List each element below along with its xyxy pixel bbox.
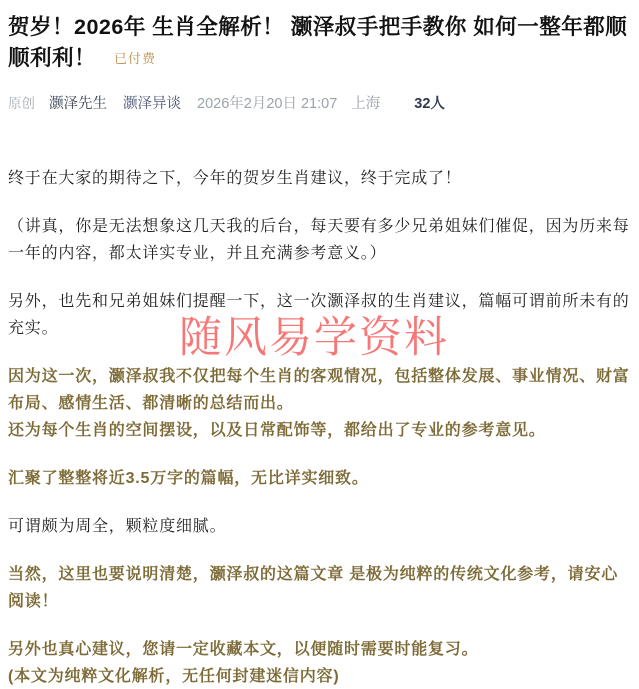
article-paragraph: 可谓颇为周全，颗粒度细腻。 — [8, 513, 631, 540]
article-title: 贺岁！2026年 生肖全解析！ 灏泽叔手把手教你 如何一整年都顺顺利利！已付费 — [8, 12, 631, 74]
article-paragraph: 另外，也先和兄弟姐妹们提醒一下，这一次灏泽叔的生肖建议，篇幅可谓前所未有的充实。 — [8, 288, 631, 342]
original-tag: 原创 — [8, 94, 35, 114]
article-paragraph: 汇聚了整整将近3.5万字的篇幅，无比详实细致。 — [8, 465, 631, 492]
article-paragraph: 因为这一次，灏泽叔我不仅把每个生肖的客观情况，包括整体发展、事业情况、财富布局、… — [8, 363, 631, 444]
readers-count[interactable]: 32人 — [414, 94, 445, 114]
article-page: 贺岁！2026年 生肖全解析！ 灏泽叔手把手教你 如何一整年都顺顺利利！已付费 … — [0, 0, 639, 689]
article-paragraph: 终于在大家的期待之下，今年的贺岁生肖建议，终于完成了！ — [8, 165, 631, 192]
article-paragraph: （讲真，你是无法想象这几天我的后台，每天要有多少兄弟姐妹们催促，因为历来每一年的… — [8, 213, 631, 267]
article-content: 终于在大家的期待之下，今年的贺岁生肖建议，终于完成了！ （讲真，你是无法想象这几… — [8, 165, 631, 689]
author-link[interactable]: 灏泽先生 — [49, 94, 107, 114]
byline: 原创 灏泽先生 灏泽异谈 2026年2月20日 21:07 上海 32人 — [8, 94, 631, 114]
account-link[interactable]: 灏泽异谈 — [123, 94, 181, 114]
paid-badge[interactable]: 已付费 — [114, 43, 156, 74]
article-title-text: 贺岁！2026年 生肖全解析！ 灏泽叔手把手教你 如何一整年都顺顺利利！ — [8, 15, 627, 70]
article-paragraph: 当然，这里也要说明清楚，灏泽叔的这篇文章 是极为纯粹的传统文化参考，请安心阅读！ — [8, 561, 631, 615]
publish-datetime: 2026年2月20日 21:07 — [197, 94, 337, 114]
article-body: 贺岁！2026年 生肖全解析！ 灏泽叔手把手教你 如何一整年都顺顺利利！已付费 … — [0, 0, 639, 689]
article-paragraph: 另外也真心建议，您请一定收藏本文，以便随时需要时能复习。 (本文为纯粹文化解析，… — [8, 636, 631, 689]
publish-location: 上海 — [351, 94, 380, 114]
